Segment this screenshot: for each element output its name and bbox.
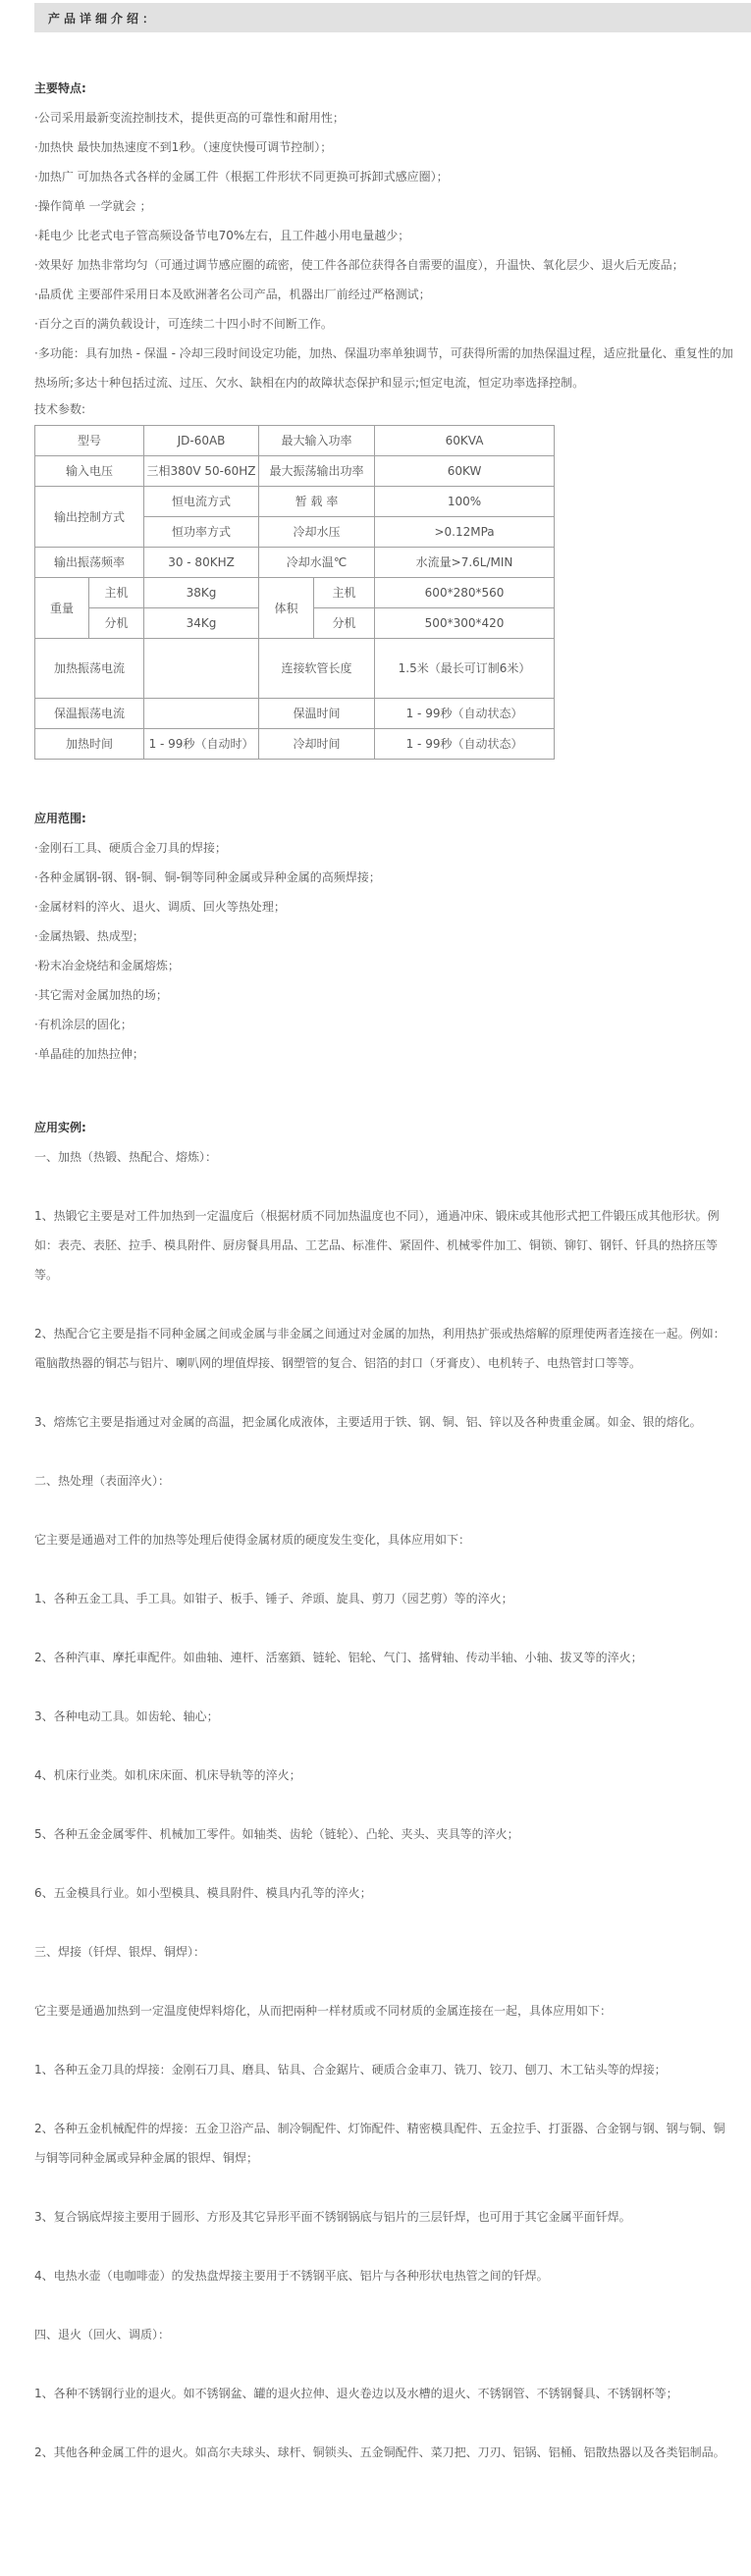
spec-value: 60KW <box>375 456 555 487</box>
spec-value: 500*300*420 <box>375 608 555 639</box>
product-detail-page: 产品详细介绍： 主要特点: ·公司采用最新变流控制技术，提供更高的可靠性和耐用性… <box>0 3 751 2487</box>
example-paragraph: 1、各种五金刀具的焊接：金刚石刀具、磨具、钻具、合金鋸片、硬质合金車刀、铣刀、铰… <box>34 2055 736 2084</box>
table-row: 加热时间 1 - 99秒（自动时） 冷却时间 1 - 99秒（自动状态） <box>35 729 555 760</box>
spec-label: 最大振荡输出功率 <box>259 456 375 487</box>
spec-value <box>144 639 259 699</box>
scope-item: ·粉末冶金烧结和金属熔炼； <box>34 951 736 980</box>
spec-label: 分机 <box>89 608 144 639</box>
spec-label: 主机 <box>89 578 144 608</box>
table-row: 输出控制方式 恒电流方式 暂 载 率 100% <box>35 487 555 517</box>
features-title: 主要特点: <box>34 74 736 103</box>
spec-label: 最大输入功率 <box>259 426 375 456</box>
spec-value: 600*280*560 <box>375 578 555 608</box>
examples-title: 应用实例: <box>34 1113 736 1142</box>
scope-item: ·有机涂层的固化； <box>34 1010 736 1039</box>
scope-item: ·其它需对金属加热的场； <box>34 980 736 1010</box>
page-title: 产品详细介绍： <box>48 10 158 26</box>
spec-label: 暂 载 率 <box>259 487 375 517</box>
specs-title: 技术参数: <box>34 397 736 421</box>
example-paragraph: 3、熔炼它主要是指通过对金属的高温，把金属化成液体，主要适用于铁、钢、铜、铝、锌… <box>34 1407 736 1437</box>
spec-label: 重量 <box>35 578 89 639</box>
scope-item: ·单晶硅的加热拉伸； <box>34 1039 736 1069</box>
spec-value: 1 - 99秒（自动状态） <box>375 729 555 760</box>
example-paragraph: 1、热锻它主要是对工件加热到一定温度后（根据材质不同加热温度也不同），通過冲床、… <box>34 1201 736 1289</box>
feature-item: ·公司采用最新变流控制技术，提供更高的可靠性和耐用性； <box>34 103 736 132</box>
feature-item: ·百分之百的满负载设计，可连续二十四小时不间断工作。 <box>34 309 736 339</box>
section-header-bar: 产品详细介绍： <box>34 3 751 32</box>
spec-label: 保温振荡电流 <box>35 699 144 729</box>
spec-value: 30 - 80KHZ <box>144 548 259 578</box>
example-paragraph: 4、电热水壶（电咖啡壶）的发热盘焊接主要用于不锈钢平底、铝片与各种形状电热管之间… <box>34 2261 736 2290</box>
spec-label: 加热振荡电流 <box>35 639 144 699</box>
table-row: 加热振荡电流 连接软管长度 1.5米（最长可订制6米） <box>35 639 555 699</box>
spec-table: 型号 JD-60AB 最大输入功率 60KVA 输入电压 三相380V 50-6… <box>34 425 555 760</box>
spec-label: 输出控制方式 <box>35 487 144 548</box>
spec-label: 加热时间 <box>35 729 144 760</box>
feature-item: ·加热广 可加热各式各样的金属工件（根据工件形状不同更换可拆卸式感应圈）； <box>34 162 736 191</box>
spec-label: 输入电压 <box>35 456 144 487</box>
spec-label: 型号 <box>35 426 144 456</box>
spec-value: 三相380V 50-60HZ <box>144 456 259 487</box>
example-intro: 它主要是通過对工件的加热等处理后使得金属材质的硬度发生变化，具体应用如下： <box>34 1525 736 1554</box>
spec-value <box>144 699 259 729</box>
feature-item: ·效果好 加热非常均匀（可通过调节感应圈的疏密，使工件各部位获得各自需要的温度）… <box>34 250 736 280</box>
example-heading: 三、焊接（钎焊、银焊、铜焊）： <box>34 1937 736 1967</box>
spec-label: 冷却水温℃ <box>259 548 375 578</box>
example-heading: 四、退火（回火、调质）： <box>34 2320 736 2349</box>
spec-label: 体积 <box>259 578 314 639</box>
spec-label: 保温时间 <box>259 699 375 729</box>
example-paragraph: 6、五金模具行业。如小型模具、模具附件、模具内孔等的淬火； <box>34 1878 736 1908</box>
spec-value: 38Kg <box>144 578 259 608</box>
spec-value: 恒电流方式 <box>144 487 259 517</box>
spec-label: 主机 <box>314 578 375 608</box>
spec-value: 34Kg <box>144 608 259 639</box>
content-body: 主要特点: ·公司采用最新变流控制技术，提供更高的可靠性和耐用性； ·加热快 最… <box>34 32 736 2467</box>
spec-label: 分机 <box>314 608 375 639</box>
example-paragraph: 5、各种五金金属零件、机械加工零件。如轴类、齿轮（链轮）、凸轮、夹头、夹具等的淬… <box>34 1819 736 1849</box>
table-row: 输入电压 三相380V 50-60HZ 最大振荡输出功率 60KW <box>35 456 555 487</box>
example-heading: 二、热处理（表面淬火）： <box>34 1466 736 1496</box>
feature-item: ·耗电少 比老式电子管高频设备节电70%左右，且工件越小用电量越少； <box>34 221 736 250</box>
feature-item: ·操作简单 一学就会 ； <box>34 191 736 221</box>
example-paragraph: 4、机床行业类。如机床床面、机床导轨等的淬火； <box>34 1761 736 1790</box>
example-heading: 一、加热（热锻、热配合、熔炼）： <box>34 1142 736 1172</box>
example-paragraph: 3、复合锅底焊接主要用于圆形、方形及其它异形平面不锈钢锅底与铝片的三层钎焊，也可… <box>34 2202 736 2232</box>
spec-label: 输出振荡频率 <box>35 548 144 578</box>
example-paragraph: 2、热配合它主要是指不同种金属之间或金属与非金属之间通过对金属的加热，利用热扩張… <box>34 1319 736 1378</box>
example-paragraph: 2、各种五金机械配件的焊接：五金卫浴产品、制冷铜配件、灯饰配件、精密模具配件、五… <box>34 2114 736 2173</box>
example-paragraph: 3、各种电动工具。如齿轮、轴心； <box>34 1702 736 1731</box>
spec-value: >0.12MPa <box>375 517 555 548</box>
example-paragraph: 2、各种汽車、摩托車配件。如曲轴、連杆、活塞鎖、链轮、铝轮、气门、搖臂轴、传动半… <box>34 1643 736 1672</box>
spec-value: JD-60AB <box>144 426 259 456</box>
example-paragraph: 1、各种不锈钢行业的退火。如不锈钢盆、罐的退火拉伸、退火卷边以及水槽的退火、不锈… <box>34 2379 736 2408</box>
spec-value: 1 - 99秒（自动时） <box>144 729 259 760</box>
spec-label: 冷却水压 <box>259 517 375 548</box>
scope-item: ·金刚石工具、硬质合金刀具的焊接； <box>34 833 736 863</box>
spec-value: 恒功率方式 <box>144 517 259 548</box>
scope-title: 应用范围: <box>34 804 736 833</box>
spec-value: 水流量>7.6L/MIN <box>375 548 555 578</box>
feature-item: ·加热快 最快加热速度不到1秒。（速度快慢可调节控制）； <box>34 132 736 162</box>
table-row: 输出振荡频率 30 - 80KHZ 冷却水温℃ 水流量>7.6L/MIN <box>35 548 555 578</box>
table-row: 型号 JD-60AB 最大输入功率 60KVA <box>35 426 555 456</box>
spec-value: 1 - 99秒（自动状态） <box>375 699 555 729</box>
example-intro: 它主要是通過加热到一定温度使焊料熔化，从而把兩种一样材质或不同材质的金属连接在一… <box>34 1996 736 2025</box>
example-paragraph: 2、其他各种金属工件的退火。如高尔夫球头、球杆、铜锁头、五金铜配件、菜刀把、刀刃… <box>34 2438 736 2467</box>
table-row: 保温振荡电流 保温时间 1 - 99秒（自动状态） <box>35 699 555 729</box>
feature-item: ·多功能：具有加热 - 保温 - 冷却三段时间设定功能，加热、保温功率单独调节，… <box>34 339 736 397</box>
spec-value: 100% <box>375 487 555 517</box>
table-row: 重量 主机 38Kg 体积 主机 600*280*560 <box>35 578 555 608</box>
spec-label: 冷却时间 <box>259 729 375 760</box>
spec-value: 1.5米（最长可订制6米） <box>375 639 555 699</box>
spec-value: 60KVA <box>375 426 555 456</box>
scope-item: ·金属材料的淬火、退火、调质、回火等热处理； <box>34 892 736 921</box>
feature-item: ·品质优 主要部件采用日本及欧洲著名公司产品，机器出厂前经过严格测试； <box>34 280 736 309</box>
scope-item: ·金属热锻、热成型； <box>34 921 736 951</box>
spec-label: 连接软管长度 <box>259 639 375 699</box>
example-paragraph: 1、各种五金工具、手工具。如钳子、板手、锤子、斧頭、旋具、剪刀（园艺剪）等的淬火… <box>34 1584 736 1613</box>
scope-item: ·各种金属钢-钢、钢-铜、铜-铜等同种金属或异种金属的高频焊接； <box>34 863 736 892</box>
